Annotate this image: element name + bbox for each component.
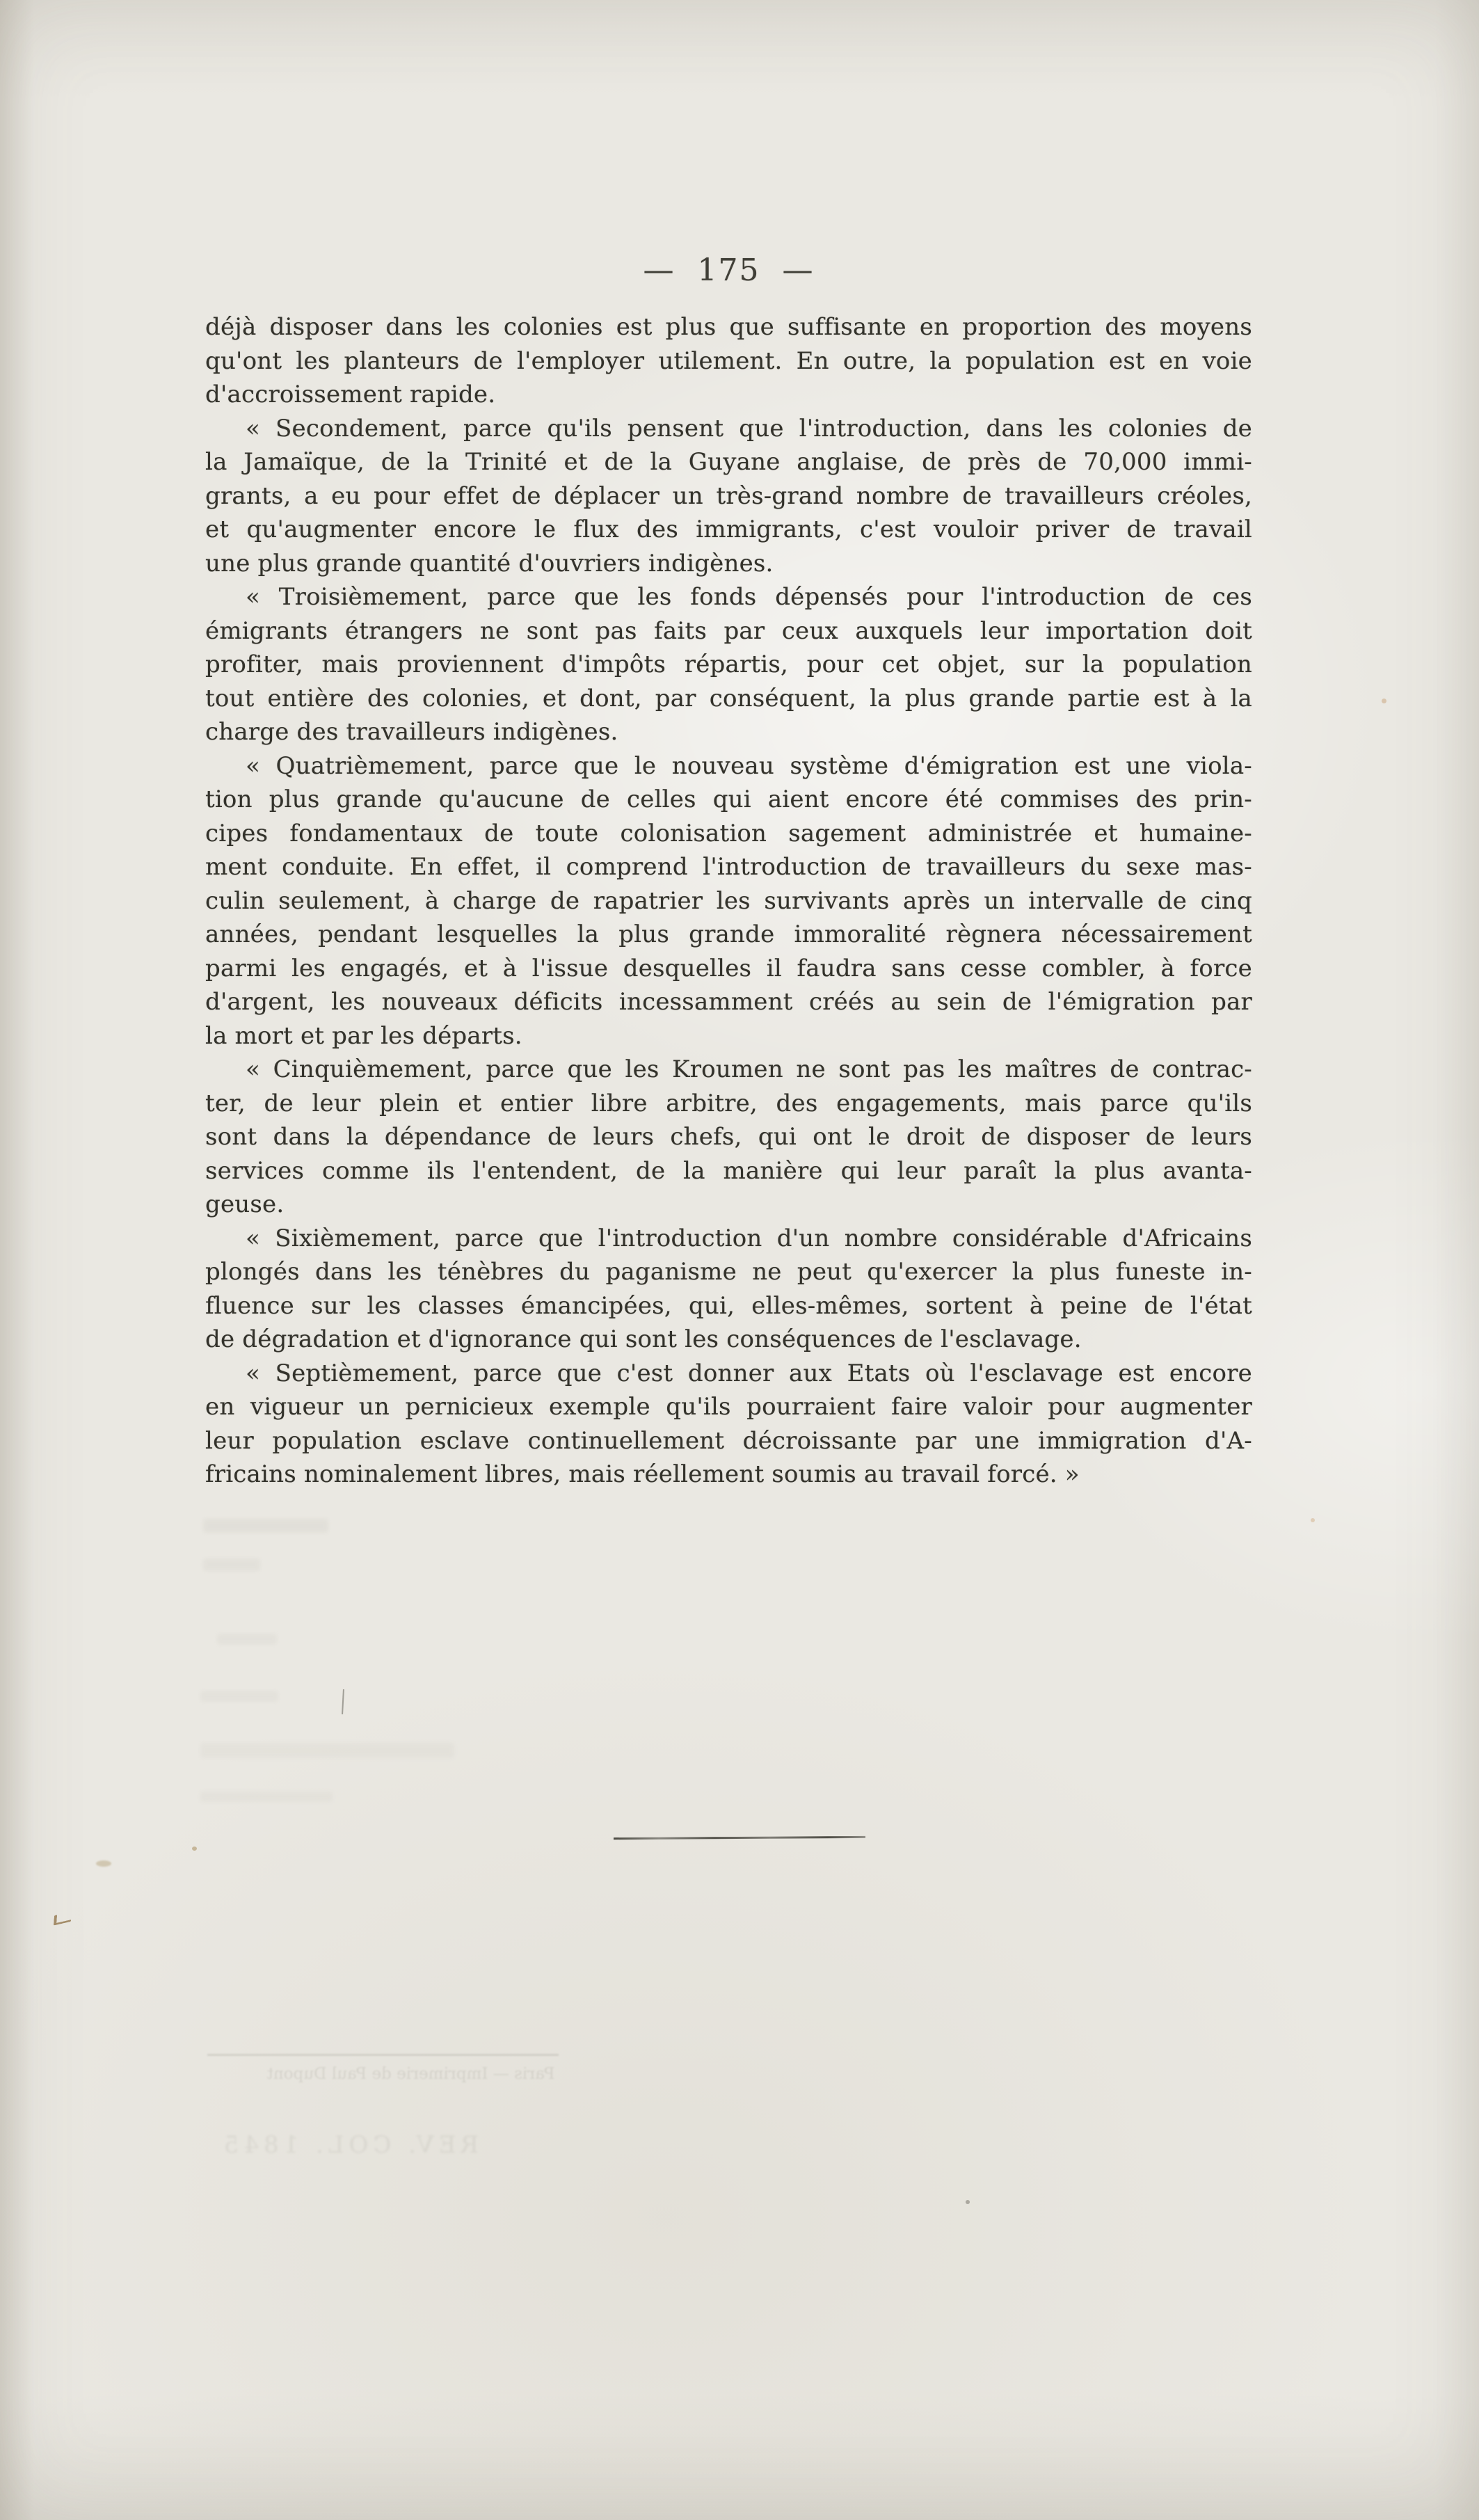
text-line: d'accroissement rapide. bbox=[205, 378, 1252, 412]
bleed-through-signature-mark: REV. COL. 1845 bbox=[249, 2130, 479, 2160]
bleed-through-smudge bbox=[200, 1691, 278, 1702]
text-line: fricains nominalement libres, mais réell… bbox=[205, 1458, 1252, 1492]
paper-speck bbox=[96, 1860, 111, 1867]
text-line: fluence sur les classes émancipées, qui,… bbox=[205, 1289, 1252, 1323]
text-line: parmi les engagés, et à l'issue desquell… bbox=[205, 952, 1252, 986]
bleed-through-printer-imprint: Paris — Imprimerie de Paul Dupont bbox=[256, 2064, 566, 2084]
body-text: déjà disposer dans les colonies est plus… bbox=[205, 310, 1252, 1492]
paper-speck bbox=[966, 2200, 970, 2204]
bleed-through-smudge bbox=[200, 1743, 454, 1758]
text-line: « Quatrièmement, parce que le nouveau sy… bbox=[205, 749, 1252, 783]
text-line: tout entière des colonies, et dont, par … bbox=[205, 682, 1252, 716]
paper-speck bbox=[1382, 699, 1386, 703]
text-line: en vigueur un pernicieux exemple qu'ils … bbox=[205, 1390, 1252, 1424]
bleed-through-rule bbox=[207, 2054, 559, 2056]
paper-speck bbox=[192, 1847, 197, 1851]
text-line: la mort et par les départs. bbox=[205, 1019, 1252, 1053]
text-line: grants, a eu pour effet de déplacer un t… bbox=[205, 479, 1252, 513]
text-line: cipes fondamentaux de toute colonisation… bbox=[205, 817, 1252, 851]
text-line: la Jamaïque, de la Trinité et de la Guya… bbox=[205, 445, 1252, 479]
bleed-through-smudge bbox=[200, 1792, 333, 1802]
text-line: années, pendant lesquelles la plus grand… bbox=[205, 918, 1252, 952]
text-line: profiter, mais proviennent d'impôts répa… bbox=[205, 648, 1252, 682]
text-line: sont dans la dépendance de leurs chefs, … bbox=[205, 1120, 1252, 1154]
text-line: plongés dans les ténèbres du paganisme n… bbox=[205, 1255, 1252, 1289]
text-line: ter, de leur plein et entier libre arbit… bbox=[205, 1087, 1252, 1121]
text-line: charge des travailleurs indigènes. bbox=[205, 715, 1252, 749]
text-line: et qu'augmenter encore le flux des immig… bbox=[205, 513, 1252, 547]
ink-check-mark bbox=[54, 1911, 72, 1925]
text-line: tion plus grande qu'aucune de celles qui… bbox=[205, 783, 1252, 817]
text-line: culin seulement, à charge de rapatrier l… bbox=[205, 884, 1252, 918]
bleed-through-smudge bbox=[203, 1519, 328, 1533]
page-number: — 175 — bbox=[205, 255, 1252, 287]
paper-speck bbox=[1311, 1518, 1315, 1522]
text-line: qu'ont les planteurs de l'employer utile… bbox=[205, 344, 1252, 378]
text-line: émigrants étrangers ne sont pas faits pa… bbox=[205, 614, 1252, 648]
text-line: leur population esclave continuellement … bbox=[205, 1424, 1252, 1458]
text-line: « Troisièmement, parce que les fonds dép… bbox=[205, 580, 1252, 614]
text-line: « Cinquièmement, parce que les Kroumen n… bbox=[205, 1053, 1252, 1087]
text-line: services comme ils l'entendent, de la ma… bbox=[205, 1154, 1252, 1188]
text-line: de dégradation et d'ignorance qui sont l… bbox=[205, 1323, 1252, 1357]
text-line: déjà disposer dans les colonies est plus… bbox=[205, 310, 1252, 344]
text-line: d'argent, les nouveaux déficits incessam… bbox=[205, 985, 1252, 1019]
text-line: ment conduite. En effet, il comprend l'i… bbox=[205, 850, 1252, 884]
bleed-through-smudge bbox=[203, 1558, 260, 1571]
text-line: geuse. bbox=[205, 1188, 1252, 1222]
text-line: une plus grande quantité d'ouvriers indi… bbox=[205, 547, 1252, 581]
separator-rule bbox=[614, 1836, 865, 1840]
text-line: « Sixièmement, parce que l'introduction … bbox=[205, 1222, 1252, 1256]
text-line: « Septièmement, parce que c'est donner a… bbox=[205, 1357, 1252, 1391]
paper-scratch bbox=[342, 1689, 344, 1714]
text-line: « Secondement, parce qu'ils pensent que … bbox=[205, 412, 1252, 446]
bleed-through-smudge bbox=[217, 1634, 277, 1645]
scanned-book-page: — 175 — déjà disposer dans les colonies … bbox=[0, 0, 1479, 2520]
